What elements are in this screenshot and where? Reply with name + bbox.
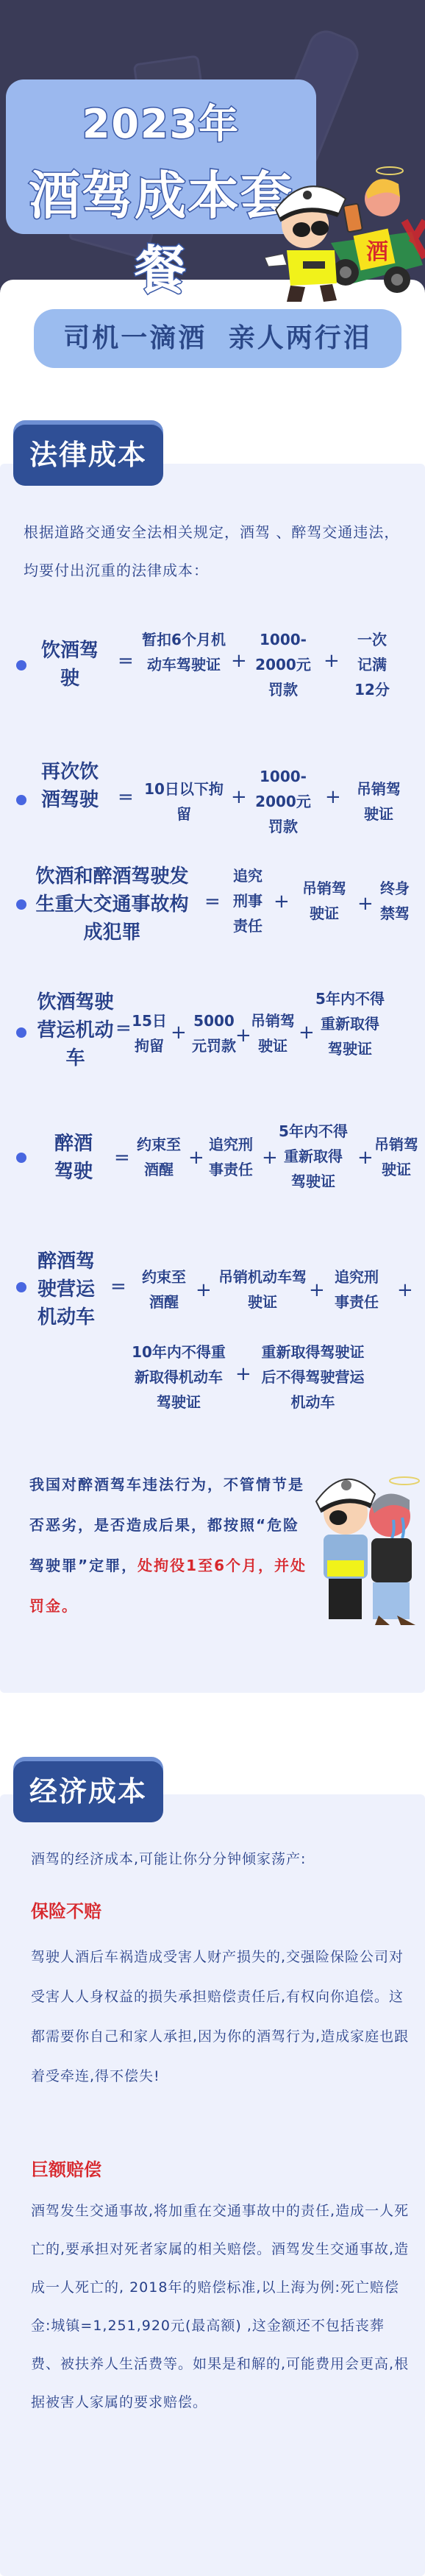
formula-subject: 饮酒驾驶营运机动车 (37, 988, 114, 1072)
bullet-dot (16, 660, 26, 670)
plus-sign: + (357, 893, 374, 915)
formula-term: 重新取得驾驶证后不得驾驶营运机动车 (256, 1340, 370, 1415)
formula-row: 饮酒驾驶 = 暂扣6个月机动车驾驶证 + 1000-2000元罚款 + 一次记满… (0, 618, 425, 714)
equals-sign: = (114, 1147, 130, 1169)
formula-row: 再次饮酒驾驶 = 10日以下拘留 + 1000-2000元罚款 + 吊销驾驶证 (0, 751, 425, 846)
formula-term: 吊销驾驶证 (351, 776, 406, 827)
formula-term: 10年内不得重新取得机动车驾驶证 (131, 1340, 226, 1415)
formula-term: 约束至酒醒 (137, 1264, 191, 1314)
title-year: 2023年 (6, 93, 316, 149)
plus-sign: + (325, 786, 341, 808)
formula-term: 追究刑事责任 (329, 1264, 384, 1314)
formula-row: 饮酒和醉酒驾驶发生重大交通事故构成犯罪 = 追究刑事责任 + 吊销驾驶证 + 终… (0, 861, 425, 949)
plus-sign: + (274, 891, 290, 913)
insurance-body-text: 驾驶人酒后车祸造成受害人财产损失的,交强险保险公司对受害人人身权益的损失承担赔偿… (31, 1937, 413, 2096)
bullet-dot (16, 1027, 26, 1038)
plus-sign: + (235, 1363, 251, 1385)
slogan-banner: 司机一滴酒 亲人两行泪 (34, 309, 401, 368)
formula-term: 1000-2000元罚款 (250, 764, 316, 839)
bullet-dot (16, 899, 26, 910)
formula-subject: 醉酒驾驶 (51, 1130, 96, 1186)
formula-term: 5年内不得重新取得驾驶证 (315, 986, 385, 1061)
subheading-insurance: 保险不赔 (31, 1897, 101, 1922)
equals-sign: = (204, 891, 221, 913)
section-tag-economic-cost: 经济成本 (13, 1761, 163, 1822)
plus-sign: + (171, 1022, 187, 1044)
plus-sign: + (231, 786, 247, 808)
plus-sign: + (196, 1279, 212, 1301)
formula-subject: 再次饮酒驾驶 (40, 758, 99, 814)
compensation-body-text: 酒驾发生交通事故,将加重在交通事故中的责任,造成一人死亡的,要承担对死者家属的相… (31, 2192, 413, 2421)
plus-sign: + (324, 650, 340, 672)
formula-term: 吊销机动车驾驶证 (215, 1264, 310, 1314)
equals-sign: = (110, 1275, 126, 1298)
formula-term: 15日拘留 (131, 1008, 168, 1058)
formula-term: 吊销驾驶证 (247, 1008, 299, 1058)
formula-row: 醉酒驾驶 = 约束至酒醒 + 追究刑事责任 + 5年内不得重新取得驾驶证 + 吊… (0, 1126, 425, 1214)
police-breathalyzer-illustration: 酒 (265, 155, 425, 309)
plus-sign: + (299, 1022, 315, 1044)
formula-term: 吊销驾驶证 (297, 876, 351, 926)
plus-sign: + (231, 650, 247, 672)
formula-subject: 饮酒和醉酒驾驶发生重大交通事故构成犯罪 (33, 863, 191, 946)
formula-term: 5000元罚款 (188, 1008, 240, 1058)
formula-subject: 醉酒驾驶营运机动车 (33, 1248, 99, 1331)
plus-sign: + (309, 1279, 325, 1301)
formula-term: 一次记满12分 (354, 627, 390, 702)
formula-row: 饮酒驾驶营运机动车 = 15日拘留 + 5000元罚款 + 吊销驾驶证 + 5年… (0, 986, 425, 1075)
formula-term: 暂扣6个月机动车驾驶证 (140, 627, 228, 677)
plus-sign: + (188, 1147, 204, 1169)
bullet-dot (16, 1282, 26, 1292)
formula-term: 1000-2000元罚款 (250, 627, 316, 702)
formula-row: 醉酒驾驶营运机动车 = 约束至酒醒 + 吊销机动车驾驶证 + 追究刑事责任 + … (0, 1251, 425, 1428)
plus-sign: + (262, 1147, 278, 1169)
plus-sign: + (397, 1279, 413, 1301)
formula-term: 终身禁驾 (376, 876, 413, 926)
economic-intro-text: 酒驾的经济成本,可能让你分分钟倾家荡产: (31, 1840, 413, 1878)
formula-term: 追究刑事责任 (204, 1132, 257, 1182)
formula-term: 吊销驾驶证 (369, 1132, 424, 1182)
bullet-dot (16, 795, 26, 805)
formula-subject: 饮酒驾驶 (40, 637, 99, 693)
formula-term: 约束至酒醒 (132, 1132, 185, 1182)
subheading-compensation: 巨额赔偿 (31, 2155, 101, 2181)
equals-sign: = (118, 786, 134, 808)
equals-sign: = (115, 1017, 132, 1039)
svg-text:酒: 酒 (366, 239, 388, 265)
formula-term: 10日以下拘留 (140, 776, 228, 827)
legal-intro-text: 根据道路交通安全法相关规定，酒驾 、醉驾交通违法，均要付出沉重的法律成本： (24, 513, 413, 590)
legal-closing-text: 我国对醉酒驾车违法行为，不管情节是否恶劣，是否造成后果，都按照“危险驾驶罪”定罪… (29, 1465, 309, 1627)
formula-term: 追究刑事责任 (229, 863, 266, 938)
equals-sign: = (118, 650, 134, 672)
section-tag-legal-cost: 法律成本 (13, 425, 163, 486)
police-arrest-illustration (312, 1465, 423, 1627)
formula-term: 5年内不得重新取得驾驶证 (278, 1119, 349, 1194)
bullet-dot (16, 1153, 26, 1163)
